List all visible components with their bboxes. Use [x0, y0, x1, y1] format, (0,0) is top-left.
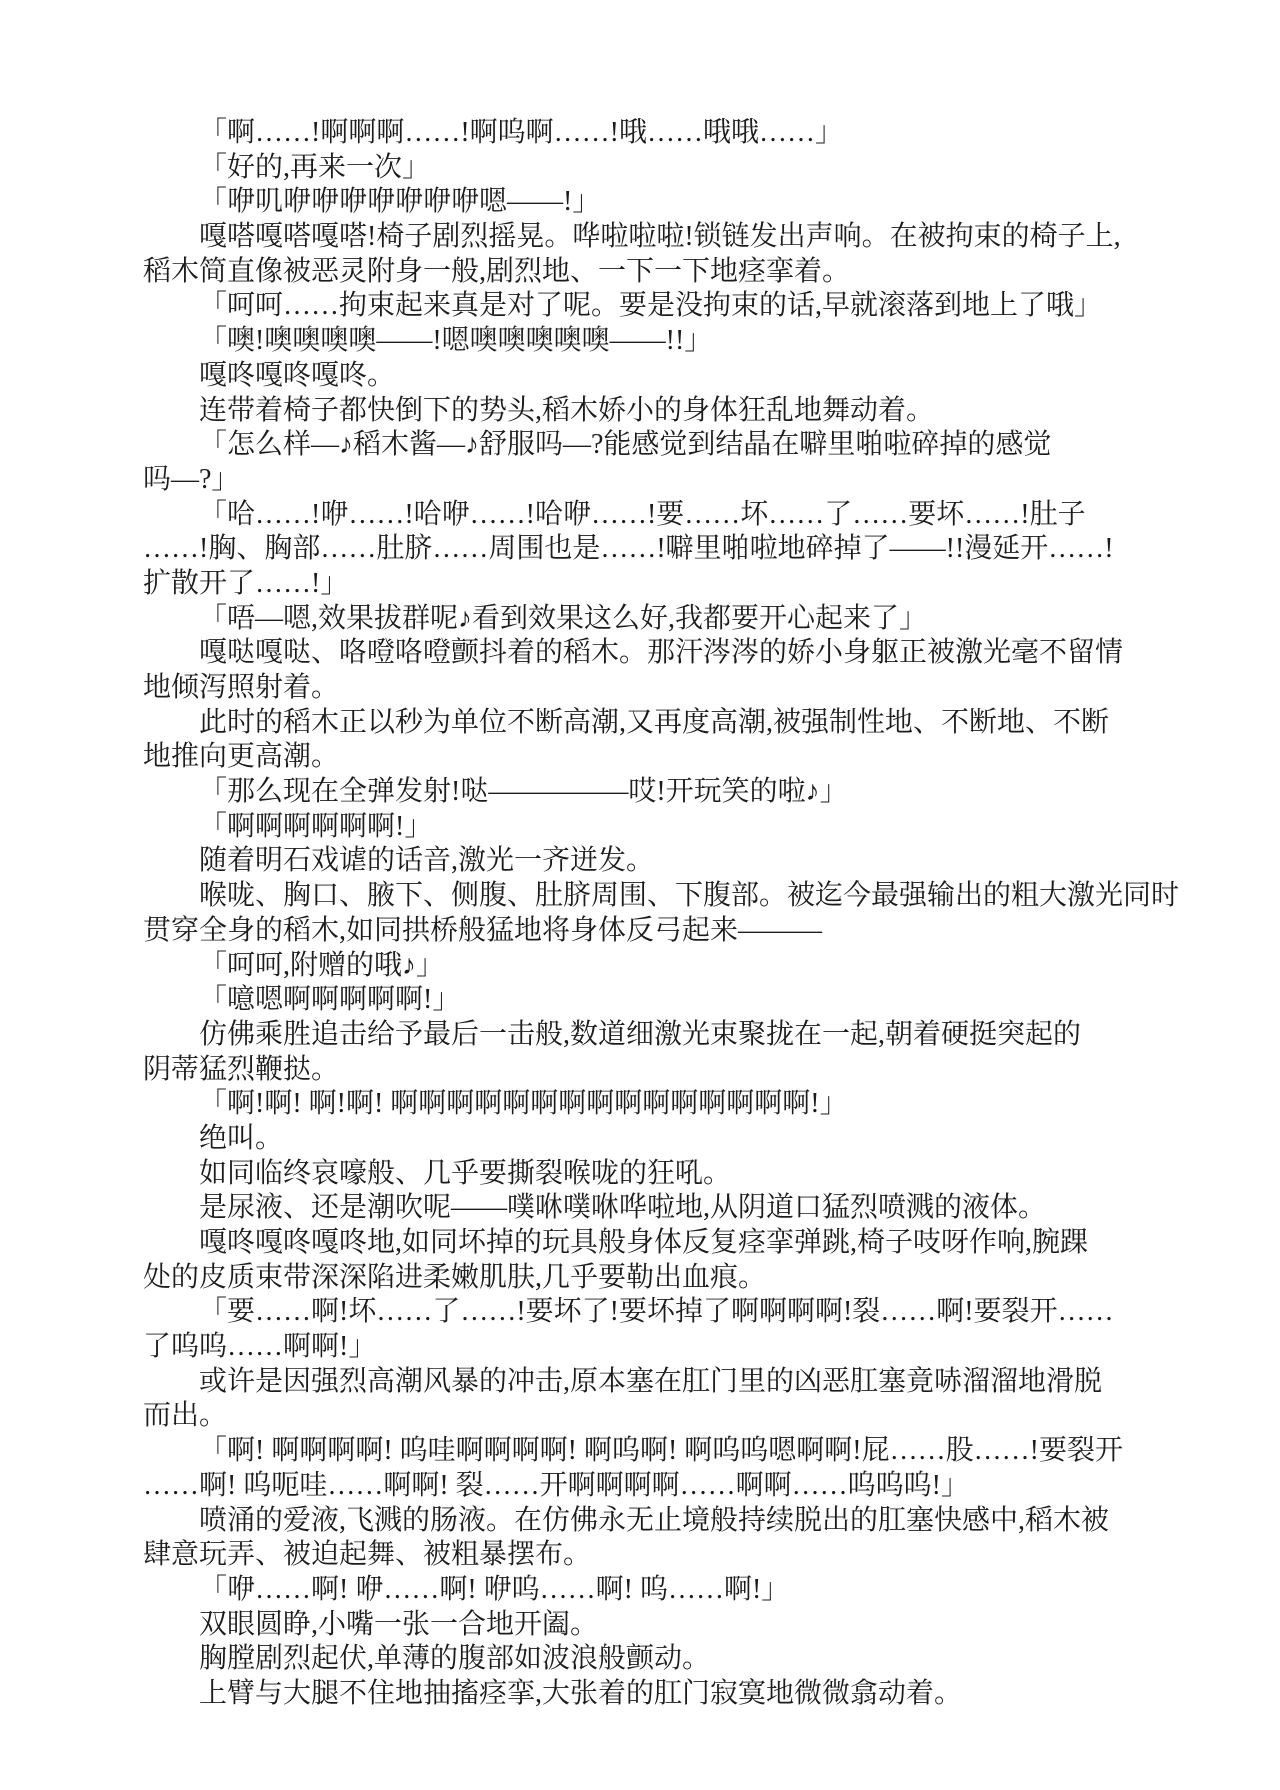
- text-line: 吗—?」: [143, 463, 1188, 498]
- text-line: 或许是因强烈高潮风暴的冲击,原本塞在肛门里的凶恶肛塞竟哧溜溜地滑脱: [143, 1365, 1188, 1400]
- text-line: 处的皮质束带深深陷进柔嫩肌肤,几乎要勒出血痕。: [143, 1261, 1188, 1296]
- text-line: 「咿叽咿咿咿咿咿咿咿嗯——!」: [143, 185, 1188, 220]
- text-line: 「呵呵,附赠的哦♪」: [143, 949, 1188, 984]
- text-line: 地倾泻照射着。: [143, 671, 1188, 706]
- text-line: 如同临终哀嚎般、几乎要撕裂喉咙的狂吼。: [143, 1157, 1188, 1192]
- text-line: 嘎咚嘎咚嘎咚地,如同坏掉的玩具般身体反复痉挛弹跳,椅子吱呀作响,腕踝: [143, 1226, 1188, 1261]
- text-line: 上臂与大腿不住地抽搐痉挛,大张着的肛门寂寞地微微翕动着。: [143, 1677, 1188, 1712]
- text-line: 仿佛乘胜追击给予最后一击般,数道细激光束聚拢在一起,朝着硬挺突起的: [143, 1018, 1188, 1053]
- text-line: 了呜呜……啊啊!」: [143, 1330, 1188, 1365]
- text-line: 连带着椅子都快倒下的势头,稻木娇小的身体狂乱地舞动着。: [143, 394, 1188, 429]
- text-line: 「唔—嗯,效果拔群呢♪看到效果这么好,我都要开心起来了」: [143, 602, 1188, 637]
- text-line: 「那么现在全弹发射!哒—————哎!开玩笑的啦♪」: [143, 775, 1188, 810]
- text-line: 「要……啊!坏……了……!要坏了!要坏掉了啊啊啊啊!裂……啊!要裂开……: [143, 1295, 1188, 1330]
- text-line: 「啊!啊! 啊!啊! 啊啊啊啊啊啊啊啊啊啊啊啊啊啊啊!」: [143, 1087, 1188, 1122]
- text-line: 「好的,再来一次」: [143, 151, 1188, 186]
- text-line: 地推向更高潮。: [143, 740, 1188, 775]
- text-line: ……啊! 呜呃哇……啊啊! 裂……开啊啊啊啊……啊啊……呜呜呜!」: [143, 1469, 1188, 1504]
- text-line: 「呵呵……拘束起来真是对了呢。要是没拘束的话,早就滚落到地上了哦」: [143, 289, 1188, 324]
- text-line: 「噫嗯啊啊啊啊啊!」: [143, 983, 1188, 1018]
- text-line: 嘎咚嘎咚嘎咚。: [143, 359, 1188, 394]
- text-line: 喉咙、胸口、腋下、侧腹、肚脐周围、下腹部。被迄今最强输出的粗大激光同时: [143, 879, 1188, 914]
- text-line: 稻木简直像被恶灵附身一般,剧烈地、一下一下地痉挛着。: [143, 255, 1188, 290]
- text-line: 而出。: [143, 1399, 1188, 1434]
- text-line: 「啊! 啊啊啊啊! 呜哇啊啊啊啊! 啊呜啊! 啊呜呜嗯啊啊!屁……股……!要裂开: [143, 1434, 1188, 1469]
- text-line: 此时的稻木正以秒为单位不断高潮,又再度高潮,被强制性地、不断地、不断: [143, 706, 1188, 741]
- text-line: 「啊……!啊啊啊……!啊呜啊……!哦……哦哦……」: [143, 116, 1188, 151]
- text-line: 阴蒂猛烈鞭挞。: [143, 1053, 1188, 1088]
- text-line: 「啊啊啊啊啊啊!」: [143, 810, 1188, 845]
- text-line: 扩散开了……!」: [143, 567, 1188, 602]
- text-line: 「咿……啊! 咿……啊! 咿呜……啊! 呜……啊!」: [143, 1573, 1188, 1608]
- text-line: 嘎哒嘎哒、咯噔咯噔颤抖着的稻木。那汗涔涔的娇小身躯正被激光毫不留情: [143, 636, 1188, 671]
- text-line: 喷涌的爱液,飞溅的肠液。在仿佛永无止境般持续脱出的肛塞快感中,稻木被: [143, 1504, 1188, 1539]
- novel-text-block: 「啊……!啊啊啊……!啊呜啊……!哦……哦哦……」「好的,再来一次」「咿叽咿咿咿…: [143, 116, 1188, 1712]
- text-line: 肆意玩弄、被迫起舞、被粗暴摆布。: [143, 1538, 1188, 1573]
- document-page: 「啊……!啊啊啊……!啊呜啊……!哦……哦哦……」「好的,再来一次」「咿叽咿咿咿…: [0, 0, 1280, 1790]
- text-line: 绝叫。: [143, 1122, 1188, 1157]
- text-line: ……!胸、胸部……肚脐……周围也是……!噼里啪啦地碎掉了——!!漫延开……!: [143, 532, 1188, 567]
- text-line: 嘎嗒嘎嗒嘎嗒!椅子剧烈摇晃。哗啦啦啦!锁链发出声响。在被拘束的椅子上,: [143, 220, 1188, 255]
- text-line: 贯穿全身的稻木,如同拱桥般猛地将身体反弓起来———: [143, 914, 1188, 949]
- text-line: 随着明石戏谑的话音,激光一齐迸发。: [143, 844, 1188, 879]
- text-line: 「哈……!咿……!哈咿……!哈咿……!要……坏……了……要坏……!肚子: [143, 498, 1188, 533]
- text-line: 「噢!噢噢噢噢——!嗯噢噢噢噢噢——!!」: [143, 324, 1188, 359]
- text-line: 双眼圆睁,小嘴一张一合地开阖。: [143, 1608, 1188, 1643]
- text-line: 胸膛剧烈起伏,单薄的腹部如波浪般颤动。: [143, 1642, 1188, 1677]
- text-line: 是尿液、还是潮吹呢——噗咻噗咻哗啦地,从阴道口猛烈喷溅的液体。: [143, 1191, 1188, 1226]
- text-line: 「怎么样—♪稻木酱—♪舒服吗—?能感觉到结晶在噼里啪啦碎掉的感觉: [143, 428, 1188, 463]
